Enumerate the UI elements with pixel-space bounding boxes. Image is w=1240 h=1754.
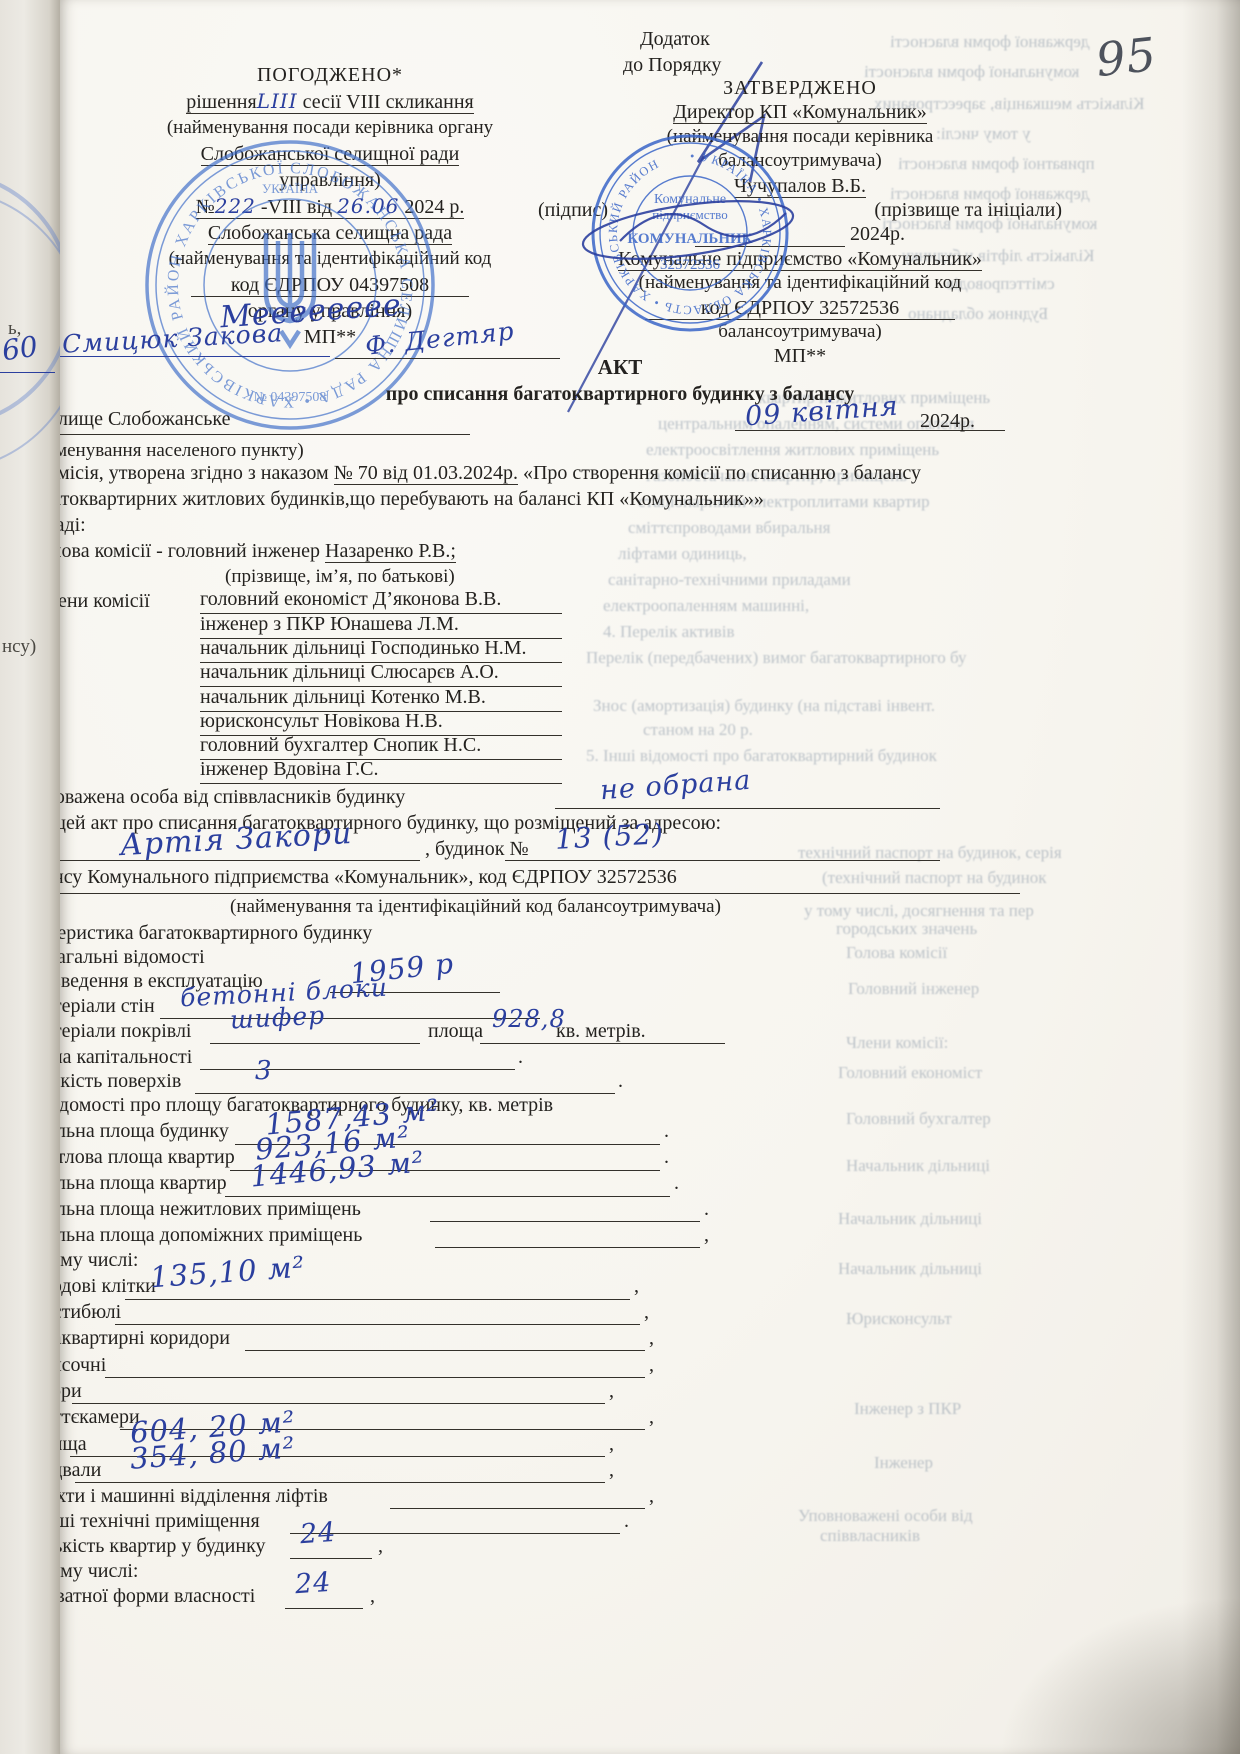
area-row-handwritten: 135,10 м² — [149, 1250, 306, 1295]
blank-line — [290, 1533, 620, 1534]
blank-line — [75, 1482, 605, 1483]
punct: , — [649, 1354, 654, 1377]
private-ownership-handwritten: 24 — [294, 1567, 332, 1600]
blank-line — [245, 1350, 645, 1351]
area-row-label: загальна площа допоміжних приміщень — [60, 1224, 362, 1247]
bleed-text: електроопаленням машинні, — [603, 596, 809, 616]
area-row-label: комори — [60, 1380, 82, 1403]
commission-member-row: інженер Вдовіна Г.С. — [200, 758, 562, 784]
area-row-label: колясочні — [60, 1354, 106, 1377]
stamp-country: УКРАЇНА — [262, 181, 319, 196]
roof-handwritten: шифер — [229, 1001, 326, 1035]
bleed-text: станом на 20 р. — [643, 720, 753, 740]
punct: , — [644, 1301, 649, 1324]
blank-line — [225, 1196, 670, 1197]
punct: , — [649, 1327, 654, 1350]
director-line: Директор КП «Комунальник» — [510, 100, 1090, 124]
area-row-label: житлова площа квартир — [60, 1146, 235, 1169]
walls-label: матеріали стін — [60, 995, 155, 1018]
document-page: державної форми власності комунальної фо… — [60, 0, 1240, 1754]
settlement-line: селище Слобожанське — [60, 408, 470, 435]
commission-member: начальник дільниці Слюсарєв А.О. — [200, 661, 499, 683]
bleed-text: Начальник дільниці — [846, 1156, 990, 1176]
commission-head-line: Голова комісії - головний інженер Назаре… — [60, 540, 456, 563]
area-row-label: сходові клітки — [60, 1275, 156, 1298]
area-row-label: загальна площа нежитлових приміщень — [60, 1198, 361, 1221]
act-title: АКТ — [60, 354, 1180, 381]
blank-line — [115, 1324, 640, 1325]
intro-line-3: у складі: — [60, 514, 86, 537]
area-row-label: горища — [60, 1433, 87, 1456]
commission-member-row: начальник дільниці Господинько Н.М. — [200, 637, 562, 663]
underlying-page-edge: ь, 60 нсу) — [0, 0, 60, 1754]
approved-title: ЗАТВЕРДЖЕНО — [510, 76, 1090, 100]
area-row-label: шахти і машинні відділення ліфтів — [60, 1485, 328, 1508]
area-row-label: вестибюлі — [60, 1301, 121, 1324]
capital-group-label: група капітальності — [60, 1046, 192, 1069]
punct: . — [674, 1172, 679, 1195]
roof-area-label: площа — [428, 1020, 483, 1043]
punct: , — [649, 1406, 654, 1429]
commission-member: інженер з ПКР Юнашева Л.М. — [200, 613, 459, 635]
commission-members-label: Члени комісії — [60, 590, 150, 613]
section1-subheading: 1. Загальні відомості — [60, 946, 205, 969]
act-subtitle: про списання багатоквартирного будинку з… — [60, 381, 1180, 408]
balance-caption: (найменування та ідентифікаційний код ба… — [230, 896, 721, 918]
commission-member: головний економіст Д’яконова В.В. — [200, 588, 501, 610]
punct: . — [664, 1120, 669, 1143]
house-number-label: , будинок № — [425, 838, 529, 861]
punct: , — [370, 1585, 375, 1608]
floors-label: кількість поверхів — [60, 1070, 181, 1093]
bleed-text: співвласників — [820, 1526, 920, 1546]
apartments-count-handwritten: 24 — [299, 1517, 337, 1550]
punct: , — [634, 1275, 639, 1298]
bleed-text: 5. Інші відомості про багатоквартирний б… — [586, 746, 937, 766]
authorized-handwritten: не обрана — [599, 765, 752, 806]
area-row-label: позаквартирні коридори — [60, 1327, 230, 1350]
balance-holder-line: з балансу Комунального підприємства «Ком… — [60, 866, 1020, 894]
commission-member: інженер Вдовіна Г.С. — [200, 758, 379, 780]
commission-member: начальник дільниці Господинько Н.М. — [200, 637, 527, 659]
bleed-text: Начальник дільниці — [838, 1209, 982, 1229]
blank-line — [72, 1403, 605, 1404]
blank-line — [105, 1377, 645, 1378]
bleed-text: Головний економіст — [838, 1063, 982, 1083]
blank-line — [160, 1018, 540, 1019]
blank-line — [290, 1558, 372, 1559]
page-edge-shadow — [1182, 0, 1240, 1754]
punct: , — [378, 1535, 383, 1558]
bleed-text: Члени комісії: — [846, 1033, 948, 1053]
blank-line — [390, 1508, 645, 1509]
commission-member-row: головний економіст Д’яконова В.В. — [200, 588, 562, 614]
apartments-count-label: кількість квартир у будинку — [60, 1535, 266, 1558]
including-label: у тому числі: — [60, 1249, 138, 1272]
blank-line — [210, 1043, 420, 1044]
commission-member-row: юрисконсульт Новікова Н.В. — [200, 710, 562, 736]
authorized-person-label: уповноважена особа від співвласників буд… — [60, 786, 405, 809]
bleed-text: Уповноважені особи від — [798, 1506, 973, 1526]
commission-member-row: начальник дільниці Слюсарєв А.О. — [200, 661, 562, 687]
bleed-text: державної форми власності — [890, 32, 1090, 52]
punct: , — [609, 1380, 614, 1403]
bleed-text: Голова комісії — [846, 943, 947, 963]
bleed-text: Юрисконсульт — [846, 1309, 952, 1329]
blank-line — [435, 1247, 700, 1248]
commission-member-row: начальник дільниці Котенко М.В. — [200, 686, 562, 712]
date-year: 2024р. — [920, 410, 975, 433]
floors-handwritten: 3 — [255, 1056, 273, 1086]
roof-units-label: кв. метрів. — [556, 1020, 646, 1043]
punct: . — [704, 1198, 709, 1221]
section1-heading: 1. Характеристика багатоквартирного буди… — [60, 922, 372, 945]
bleed-text: 4. Перелік активів — [603, 622, 734, 642]
including-label: у тому числі: — [60, 1560, 138, 1583]
edge-text-fragment: нсу) — [2, 636, 36, 658]
blank-line — [555, 808, 940, 809]
page-corner-shadow — [980, 1584, 1240, 1754]
area-row-label: інші технічні приміщення — [60, 1510, 260, 1533]
commission-member-row: головний бухгалтер Снопик Н.С. — [200, 734, 562, 760]
blank-line — [480, 1043, 725, 1044]
bleed-text: сміттєпроводами вбиральня — [628, 518, 830, 538]
bleed-text: у тому числі, досягнення та пер — [804, 901, 1034, 921]
blank-line — [60, 860, 420, 861]
blank-line — [200, 1069, 515, 1070]
commission-member: начальник дільниці Котенко М.В. — [200, 686, 486, 708]
punct: , — [609, 1459, 614, 1482]
roof-label: матеріали покрівлі — [60, 1020, 191, 1043]
edge-underline — [0, 372, 55, 373]
area-row-label: загальна площа будинку — [60, 1120, 229, 1143]
punct: . — [618, 1070, 623, 1093]
area-row-label: загальна площа квартир — [60, 1172, 227, 1195]
punct: , — [649, 1485, 654, 1508]
punct: . — [518, 1046, 523, 1069]
area-row-label: підвали — [60, 1459, 101, 1482]
blank-line — [285, 1608, 363, 1609]
commission-member: юрисконсульт Новікова Н.В. — [200, 710, 443, 732]
oval-signature-icon — [568, 185, 808, 275]
bleed-text: Інженер з ПКР — [854, 1399, 961, 1419]
roof-area-handwritten: 928,8 — [492, 1005, 566, 1033]
bleed-text: Знос (амортизація) будинку (на підставі … — [593, 696, 935, 716]
blank-line — [125, 1299, 630, 1300]
bleed-text: Головний інженер — [848, 979, 979, 999]
blank-line — [505, 860, 940, 861]
punct: . — [664, 1146, 669, 1169]
scanned-document: ь, 60 нсу) державної форми власності ком… — [0, 0, 1240, 1754]
settlement-caption: (найменування населеного пункту) — [60, 440, 304, 462]
bleed-text: Перелік (передбачених) вимог багатокварт… — [586, 648, 966, 668]
edge-handwriting: 60 — [0, 330, 40, 368]
punct: , — [704, 1224, 709, 1247]
bleed-text: Головний бухгалтер — [846, 1109, 991, 1129]
commission-caption: (прізвище, ім’я, по батькові) — [225, 566, 455, 588]
intro-line-1: Комісія, утворена згідно з наказом № 70 … — [60, 462, 921, 485]
act-title-block: АКТ про списання багатоквартирного будин… — [60, 354, 1180, 408]
commission-member-row: інженер з ПКР Юнашева Л.М. — [200, 613, 562, 639]
area-row-label: сміттєкамери — [60, 1406, 140, 1429]
commission-member: головний бухгалтер Снопик Н.С. — [200, 734, 481, 756]
page-number-handwritten: 95 — [1093, 27, 1159, 87]
bleed-text: Начальник дільниці — [838, 1259, 982, 1279]
house-number-handwritten: 13 (52) — [554, 817, 665, 856]
private-ownership-label: приватної форми власності — [60, 1585, 255, 1608]
punct: , — [609, 1433, 614, 1456]
blank-line — [430, 1221, 700, 1222]
bleed-text: ліфтами одиниць, — [618, 544, 747, 564]
intro-line-2: багатоквартирних житлових будинків,що пе… — [60, 488, 764, 511]
bleed-text: санітарно-технічними приладами — [608, 570, 851, 590]
bleed-text: городських значень — [836, 919, 977, 939]
punct: . — [624, 1510, 629, 1533]
bleed-text: Інженер — [874, 1453, 933, 1473]
